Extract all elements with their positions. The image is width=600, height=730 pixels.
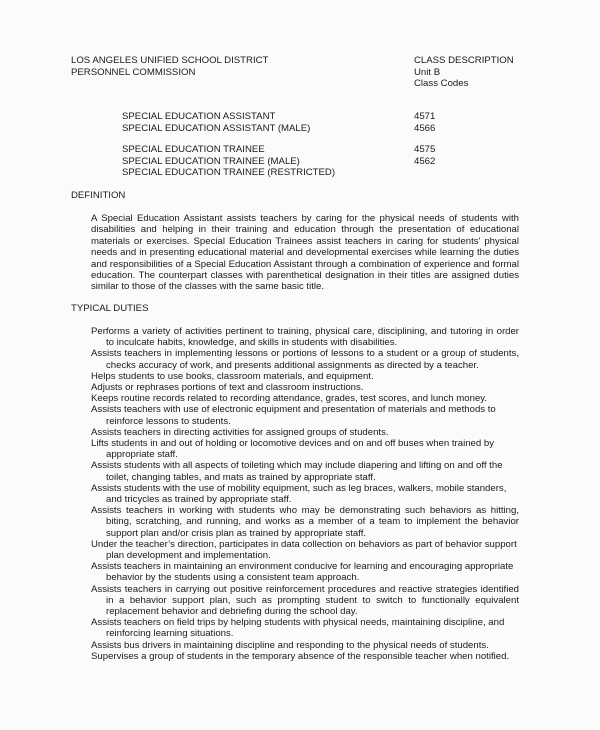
class-title: SPECIAL EDUCATION TRAINEE (MALE): [122, 156, 300, 167]
class-description-header: CLASS DESCRIPTION Unit B Class Codes: [414, 55, 514, 90]
definition-heading: DEFINITION: [71, 190, 125, 202]
district-name: LOS ANGELES UNIFIED SCHOOL DISTRICT: [71, 55, 268, 67]
class-code: 4562: [414, 156, 435, 168]
class-code-list: SPECIAL EDUCATION ASSISTANT 4571 SPECIAL…: [122, 111, 335, 179]
document-page: LOS ANGELES UNIFIED SCHOOL DISTRICT PERS…: [0, 0, 600, 730]
duty-item: Assists teachers with use of electronic …: [91, 404, 519, 426]
duty-item: Under the teacher’s direction, participa…: [91, 539, 519, 561]
district-header: LOS ANGELES UNIFIED SCHOOL DISTRICT PERS…: [71, 55, 268, 78]
doc-type: CLASS DESCRIPTION: [414, 55, 514, 67]
class-title: SPECIAL EDUCATION TRAINEE: [122, 144, 265, 155]
class-row: SPECIAL EDUCATION TRAINEE (RESTRICTED): [122, 167, 335, 179]
duty-item: Assists teachers in directing activities…: [91, 427, 519, 438]
duty-item: Adjusts or rephrases portions of text an…: [91, 382, 519, 393]
duty-item: Helps students to use books, classroom m…: [91, 371, 519, 382]
class-title: SPECIAL EDUCATION ASSISTANT: [122, 111, 275, 122]
duty-item: Assists teachers in implementing lessons…: [91, 348, 519, 370]
class-row: SPECIAL EDUCATION ASSISTANT 4571: [122, 111, 335, 123]
class-code: 4571: [414, 111, 435, 123]
class-code: 4575: [414, 144, 435, 156]
duty-item: Lifts students in and out of holding or …: [91, 438, 519, 460]
commission-name: PERSONNEL COMMISSION: [71, 67, 268, 79]
definition-text: A Special Education Assistant assists te…: [91, 213, 519, 293]
typical-duties-heading: TYPICAL DUTIES: [71, 303, 148, 315]
duty-item: Performs a variety of activities pertine…: [91, 326, 519, 348]
unit-label: Unit B: [414, 67, 514, 79]
duty-item: Assists students with all aspects of toi…: [91, 460, 519, 482]
duty-item: Assists teachers in carrying out positiv…: [91, 584, 519, 618]
class-codes-label: Class Codes: [414, 78, 514, 90]
class-row: SPECIAL EDUCATION TRAINEE (MALE) 4562: [122, 156, 335, 168]
duty-item: Assists teachers in maintaining an envir…: [91, 561, 519, 583]
class-row: SPECIAL EDUCATION TRAINEE 4575: [122, 144, 335, 156]
class-row: SPECIAL EDUCATION ASSISTANT (MALE) 4566: [122, 123, 335, 135]
class-title: SPECIAL EDUCATION ASSISTANT (MALE): [122, 123, 310, 134]
class-code: 4566: [414, 123, 435, 135]
duty-item: Assists students with the use of mobilit…: [91, 483, 519, 505]
class-title: SPECIAL EDUCATION TRAINEE (RESTRICTED): [122, 167, 335, 178]
typical-duties-list: Performs a variety of activities pertine…: [91, 326, 519, 662]
duty-item: Supervises a group of students in the te…: [91, 651, 519, 662]
duty-item: Assists teachers on field trips by helpi…: [91, 617, 519, 639]
duty-item: Assists teachers in working with student…: [91, 505, 519, 539]
duty-item: Keeps routine records related to recordi…: [91, 393, 519, 404]
duty-item: Assists bus drivers in maintaining disci…: [91, 640, 519, 651]
